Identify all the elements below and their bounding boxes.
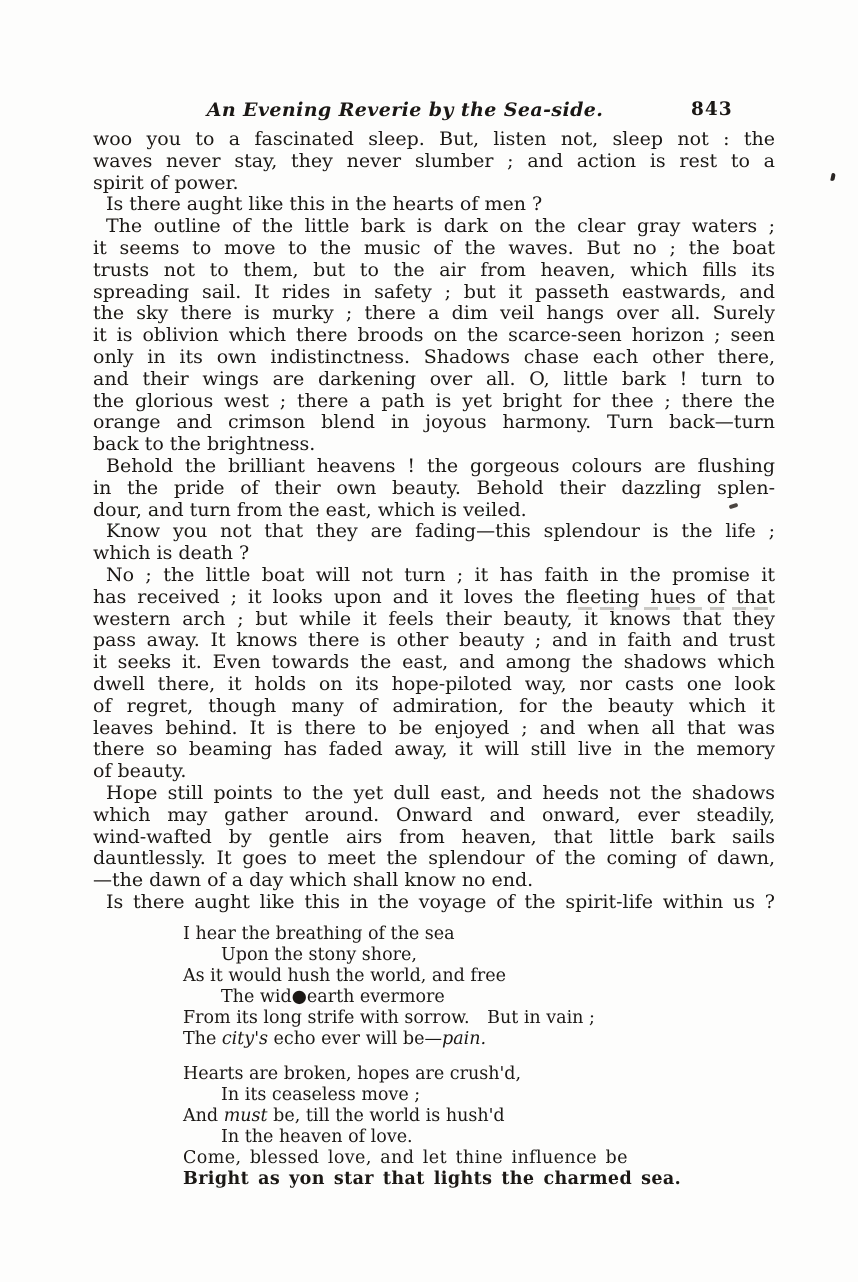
prose-line: Behold the brilliant heavens ! the gorge…	[93, 456, 775, 478]
poem-text-segment: From its long strife with sorrow. But in…	[183, 1008, 595, 1028]
poem-text-segment: Come, blessed love, and let thine influe…	[183, 1148, 628, 1168]
poem-line: In the heaven of love.	[221, 1127, 681, 1148]
prose-line: dauntlessly. It goes to meet the splendo…	[93, 848, 775, 870]
prose-line: pass away. It knows there is other beaut…	[93, 630, 775, 652]
poem-text-segment: And	[183, 1106, 224, 1126]
poem-line: And must be, till the world is hush'd	[183, 1106, 681, 1127]
poem-line: The city's echo ever will be—pain.	[183, 1029, 681, 1050]
prose-line: Is there aught like this in the hearts o…	[93, 194, 775, 216]
poem-text-segment: The wid●earth evermore	[221, 987, 445, 1007]
prose-line: —the dawn of a day which shall know no e…	[93, 870, 775, 892]
prose-line: which is death ?	[93, 543, 775, 565]
scanned-page: An Evening Reverie by the Sea-side. 843 …	[0, 0, 858, 1282]
poem-text-segment: The	[183, 1029, 222, 1049]
prose-line: dwell there, it holds on its hope-pilote…	[93, 674, 775, 696]
poem-text-segment: Upon the stony shore,	[221, 945, 417, 965]
prose-line: Hope still points to the yet dull east, …	[93, 783, 775, 805]
prose-line: orange and crimson blend in joyous harmo…	[93, 412, 775, 434]
poem-text-segment: Hearts are broken, hopes are crush'd,	[183, 1064, 521, 1084]
page-number: 843	[691, 99, 733, 120]
poem-stanza: I hear the breathing of the seaUpon the …	[183, 924, 681, 1050]
print-showthrough-artifact	[578, 607, 770, 610]
poem-text-segment: As it would hush the world, and free	[183, 966, 506, 986]
poem-stanza: Hearts are broken, hopes are crush'd,In …	[183, 1064, 681, 1190]
prose-line: waves never stay, they never slumber ; a…	[93, 151, 775, 173]
prose-line: western arch ; but while it feels their …	[93, 609, 775, 631]
prose-line: trusts not to them, but to the air from …	[93, 260, 775, 282]
poem-line: I hear the breathing of the sea	[183, 924, 681, 945]
prose-line: and their wings are darkening over all. …	[93, 369, 775, 391]
poem-text-segment: In its ceaseless move ;	[221, 1085, 420, 1105]
prose-line: the sky there is murky ; there a dim vei…	[93, 303, 775, 325]
poem-text-segment: pain.	[442, 1029, 486, 1049]
poem-line: In its ceaseless move ;	[221, 1085, 681, 1106]
prose-line: the glorious west ; there a path is yet …	[93, 391, 775, 413]
prose-line: in the pride of their own beauty. Behold…	[93, 478, 775, 500]
prose-line: woo you to a fascinated sleep. But, list…	[93, 129, 775, 151]
prose-block: woo you to a fascinated sleep. But, list…	[93, 129, 775, 914]
prose-line: wind-wafted by gentle airs from heaven, …	[93, 827, 775, 849]
prose-line: No ; the little boat will not turn ; it …	[93, 565, 775, 587]
prose-line: Know you not that they are fading—this s…	[93, 521, 775, 543]
prose-line: Is there aught like this in the voyage o…	[93, 892, 775, 914]
ink-speck	[830, 173, 836, 182]
prose-line: there so beaming has faded away, it will…	[93, 739, 775, 761]
prose-line: it seems to move to the music of the wav…	[93, 238, 775, 260]
poem-block: I hear the breathing of the seaUpon the …	[183, 924, 681, 1190]
prose-line: spirit of power.	[93, 173, 775, 195]
poem-line: Upon the stony shore,	[221, 945, 681, 966]
prose-line: which may gather around. Onward and onwa…	[93, 805, 775, 827]
poem-line: Bright as yon star that lights the charm…	[183, 1169, 681, 1190]
prose-line: spreading sail. It rides in safety ; but…	[93, 282, 775, 304]
prose-line: of beauty.	[93, 761, 775, 783]
prose-line: back to the brightness.	[93, 434, 775, 456]
prose-line: it is oblivion which there broods on the…	[93, 325, 775, 347]
poem-line: Hearts are broken, hopes are crush'd,	[183, 1064, 681, 1085]
prose-line: it seeks it. Even towards the east, and …	[93, 652, 775, 674]
prose-line: of regret, though many of admiration, fo…	[93, 696, 775, 718]
poem-line: Come, blessed love, and let thine influe…	[183, 1148, 681, 1169]
poem-line: From its long strife with sorrow. But in…	[183, 1008, 681, 1029]
prose-line: dour, and turn from the east, which is v…	[93, 500, 775, 522]
poem-text-segment: must	[224, 1106, 268, 1126]
poem-text-segment: In the heaven of love.	[221, 1127, 413, 1147]
poem-text-segment: I hear the breathing of the sea	[183, 924, 455, 944]
prose-line: only in its own indistinctness. Shadows …	[93, 347, 775, 369]
poem-line: The wid●earth evermore	[221, 987, 681, 1008]
poem-text-segment: be, till the world is hush'd	[268, 1106, 505, 1126]
poem-text-segment: city's	[222, 1029, 268, 1049]
prose-line: has received ; it looks upon and it love…	[93, 587, 775, 609]
prose-line: leaves behind. It is there to be enjoyed…	[93, 718, 775, 740]
poem-line: As it would hush the world, and free	[183, 966, 681, 987]
poem-text-segment: echo ever will be—	[268, 1029, 442, 1049]
poem-text-segment: Bright as yon star that lights the charm…	[183, 1169, 681, 1189]
prose-line: The outline of the little bark is dark o…	[93, 216, 775, 238]
